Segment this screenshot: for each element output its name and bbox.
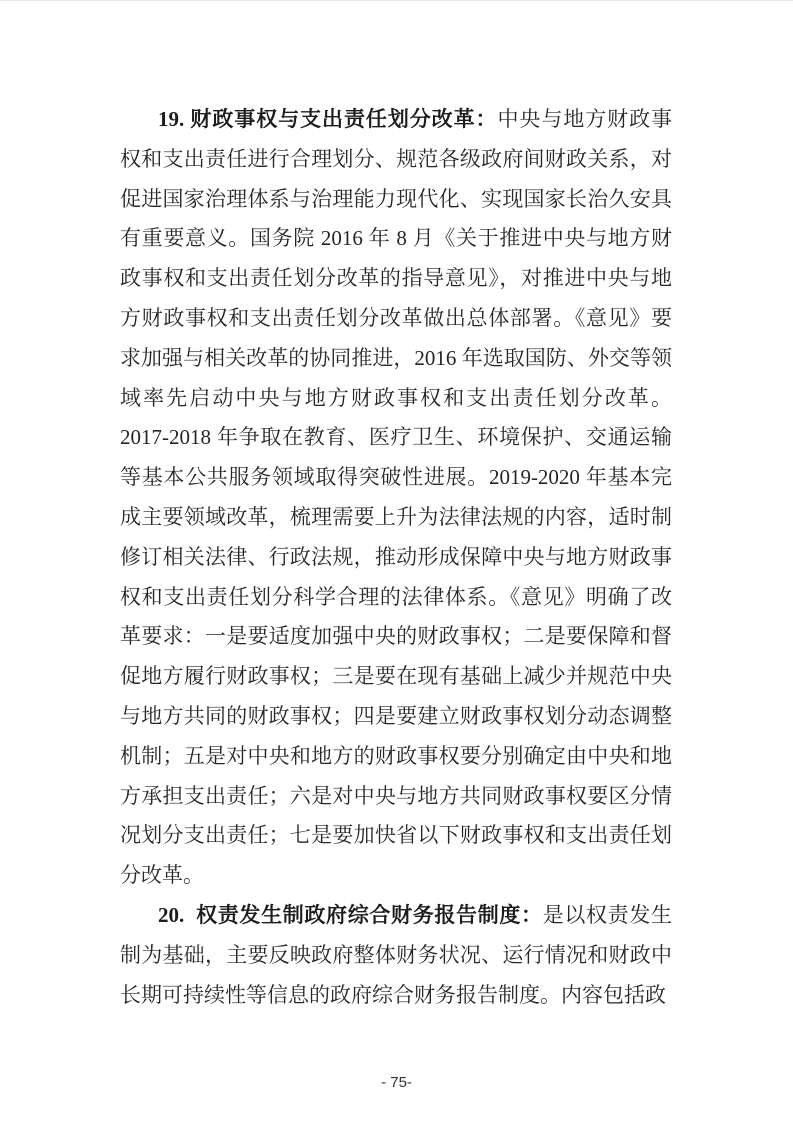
term-20-heading: 20. 权责发生制政府综合财务报告制度： <box>158 903 543 927</box>
paragraph-term-19: 19. 财政事权与支出责任划分改革：中央与地方财政事权和支出责任进行合理划分、规… <box>120 100 672 896</box>
page-body-text: 19. 财政事权与支出责任划分改革：中央与地方财政事权和支出责任进行合理划分、规… <box>120 100 672 1015</box>
page-number: - 75- <box>381 1074 412 1091</box>
term-19-heading: 19. 财政事权与支出责任划分改革： <box>158 107 497 131</box>
document-page: 19. 财政事权与支出责任划分改革：中央与地方财政事权和支出责任进行合理划分、规… <box>0 0 793 1122</box>
page-footer: - 75- <box>0 1073 793 1093</box>
paragraph-term-20: 20. 权责发生制政府综合财务报告制度：是以权责发生制为基础，主要反映政府整体财… <box>120 896 672 1015</box>
term-19-definition: 中央与地方财政事权和支出责任进行合理划分、规范各级政府间财政关系，对促进国家治理… <box>120 107 672 887</box>
